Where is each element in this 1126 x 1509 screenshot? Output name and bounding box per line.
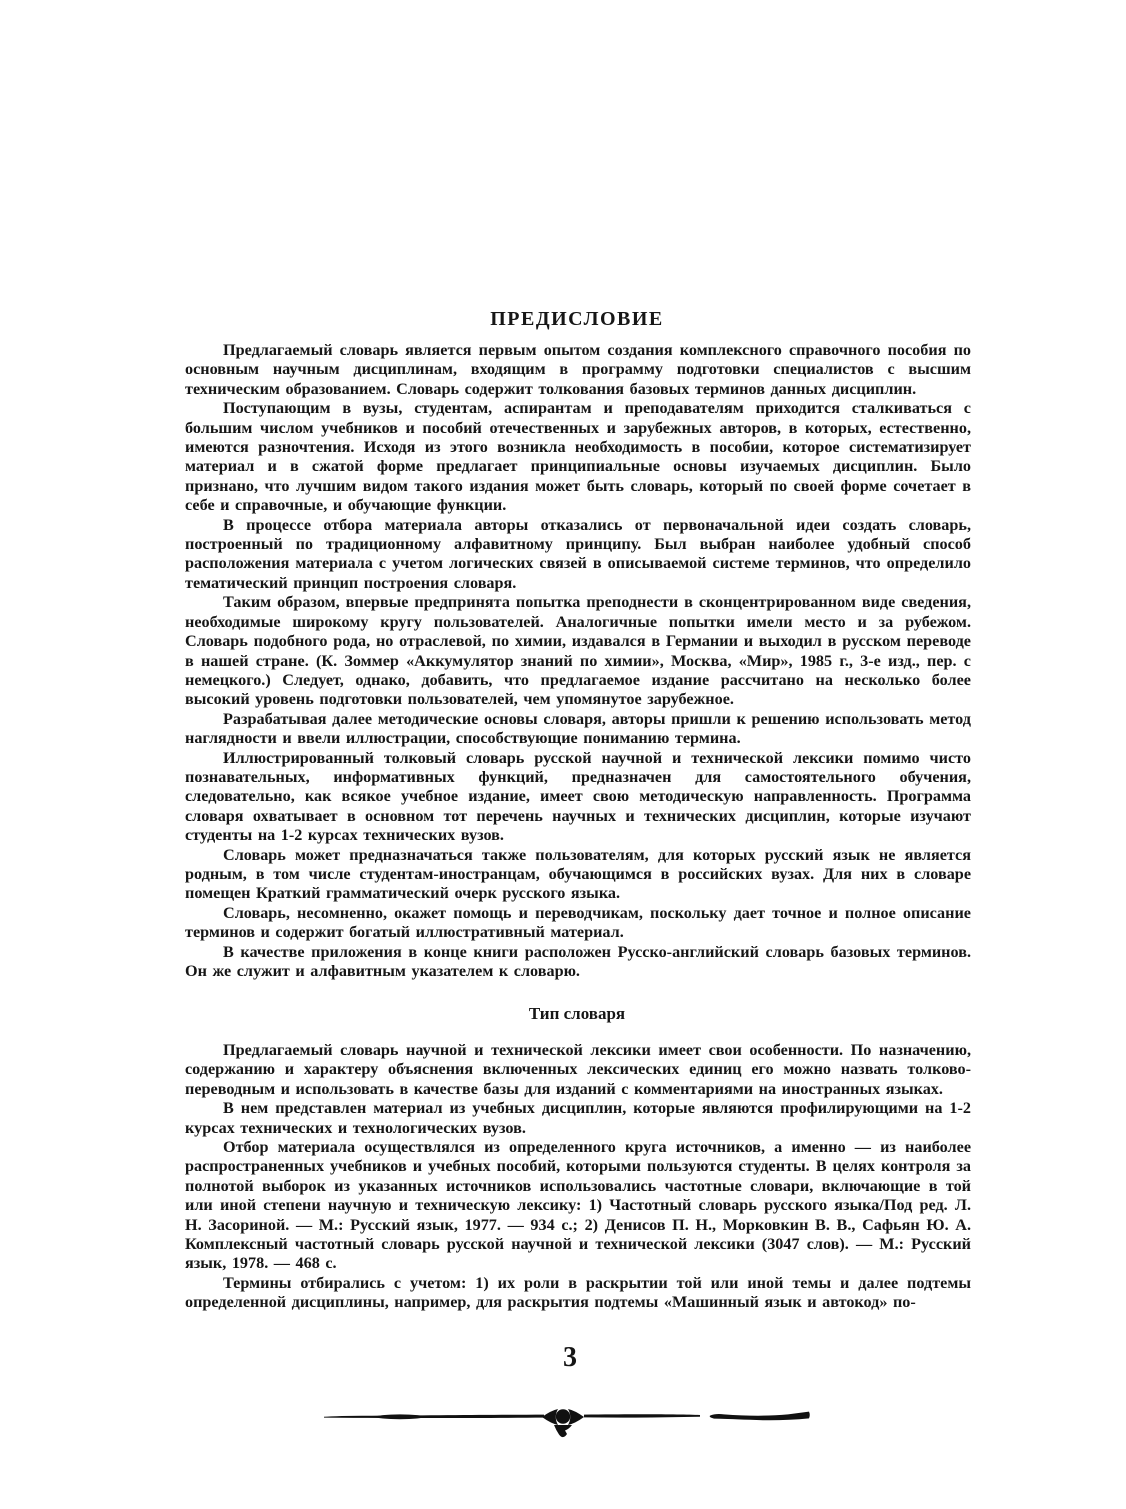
paragraph: В процессе отбора материала авторы отказ… (185, 516, 971, 594)
paragraph: Разрабатывая далее методические основы с… (185, 710, 971, 749)
dictionary-type-section: Предлагаемый словарь научной и техническ… (185, 1041, 971, 1313)
paragraph: Словарь, несомненно, окажет помощь и пер… (185, 904, 971, 943)
paragraph: Предлагаемый словарь научной и техническ… (185, 1041, 971, 1099)
paragraph: Поступающим в вузы, студентам, аспиранта… (185, 399, 971, 515)
paragraph: Таким образом, впервые предпринята попыт… (185, 593, 971, 709)
paragraph: Иллюстрированный толковый словарь русско… (185, 749, 971, 846)
fleuron-divider-icon (322, 1403, 810, 1445)
paragraph: Отбор материала осуществлялся из определ… (185, 1138, 971, 1274)
paragraph: Словарь может предназначаться также поль… (185, 846, 971, 904)
paragraph: В нем представлен материал из учебных ди… (185, 1099, 971, 1138)
section-subheading: Тип словаря (185, 1004, 969, 1024)
paragraph: В качестве приложения в конце книги расп… (185, 943, 971, 982)
paragraph: Термины отбирались с учетом: 1) их роли … (185, 1274, 971, 1313)
paragraph: Предлагаемый словарь является первым опы… (185, 341, 971, 399)
page-number: 3 (185, 1342, 955, 1374)
book-page: ПРЕДИСЛОВИЕ Предлагаемый словарь являетс… (0, 0, 1126, 1509)
page-title: ПРЕДИСЛОВИЕ (185, 308, 969, 331)
preface-section: Предлагаемый словарь является первым опы… (185, 341, 971, 981)
